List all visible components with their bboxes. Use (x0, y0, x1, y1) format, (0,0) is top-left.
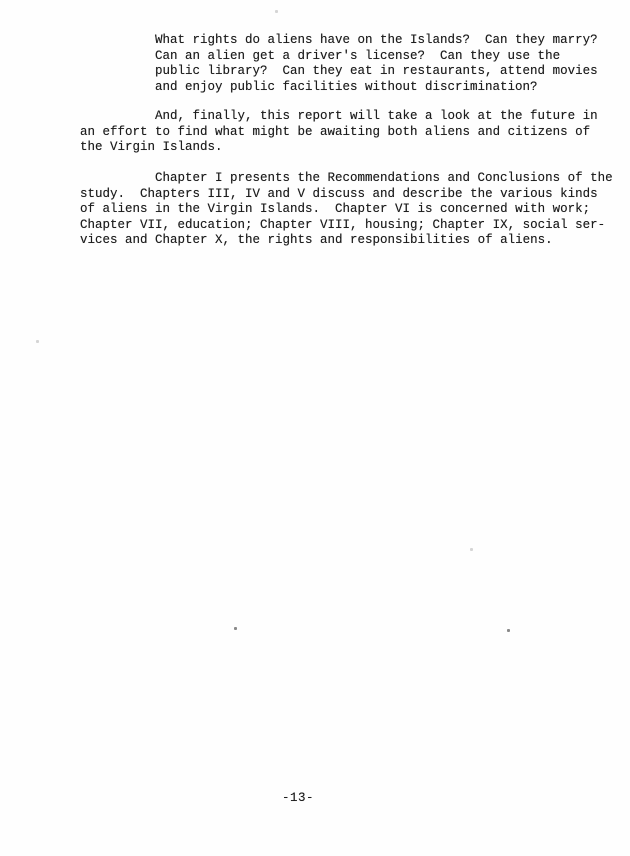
text-line: the Virgin Islands. (80, 140, 598, 156)
text-line: What rights do aliens have on the Island… (155, 33, 598, 49)
text-line: Chapter I presents the Recommendations a… (80, 171, 613, 187)
scan-speck (234, 627, 237, 630)
text-line: and enjoy public facilities without disc… (155, 80, 598, 96)
paragraph-future-outlook: And, finally, this report will take a lo… (80, 109, 598, 156)
document-page: What rights do aliens have on the Island… (0, 0, 630, 856)
block-quote: What rights do aliens have on the Island… (155, 33, 598, 95)
scan-speck (507, 629, 510, 632)
scan-speck (275, 10, 278, 13)
text-line: And, finally, this report will take a lo… (80, 109, 598, 125)
text-line: Chapter VII, education; Chapter VIII, ho… (80, 218, 613, 234)
text-line: study. Chapters III, IV and V discuss an… (80, 187, 613, 203)
paragraph-chapter-overview: Chapter I presents the Recommendations a… (80, 171, 613, 249)
text-line: public library? Can they eat in restaura… (155, 64, 598, 80)
text-line: vices and Chapter X, the rights and resp… (80, 233, 613, 249)
text-line: an effort to find what might be awaiting… (80, 125, 598, 141)
text-line: of aliens in the Virgin Islands. Chapter… (80, 202, 613, 218)
scan-speck (36, 340, 39, 343)
scan-speck (470, 548, 473, 551)
page-number: -13- (282, 791, 314, 807)
text-line: Can an alien get a driver's license? Can… (155, 49, 598, 65)
